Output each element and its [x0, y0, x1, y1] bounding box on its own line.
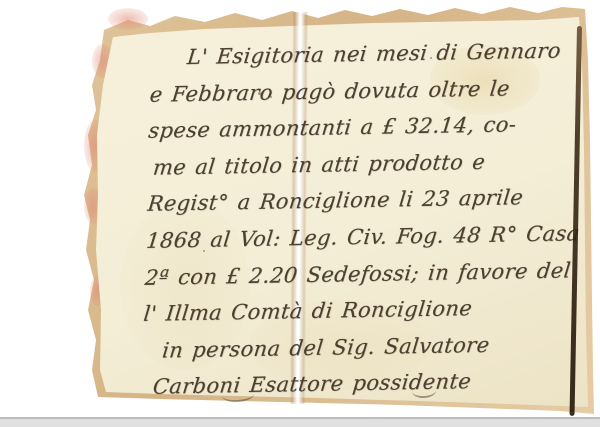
scanner-background-strip	[0, 417, 600, 427]
handwritten-text: L' Esigitoria nei mesi di Gennaro e Febb…	[135, 32, 593, 406]
manuscript-line: Carboni Esattore possidente	[151, 361, 595, 405]
scanned-photo: L' Esigitoria nei mesi di Gennaro e Febb…	[0, 0, 600, 427]
edge-stain	[108, 8, 148, 30]
